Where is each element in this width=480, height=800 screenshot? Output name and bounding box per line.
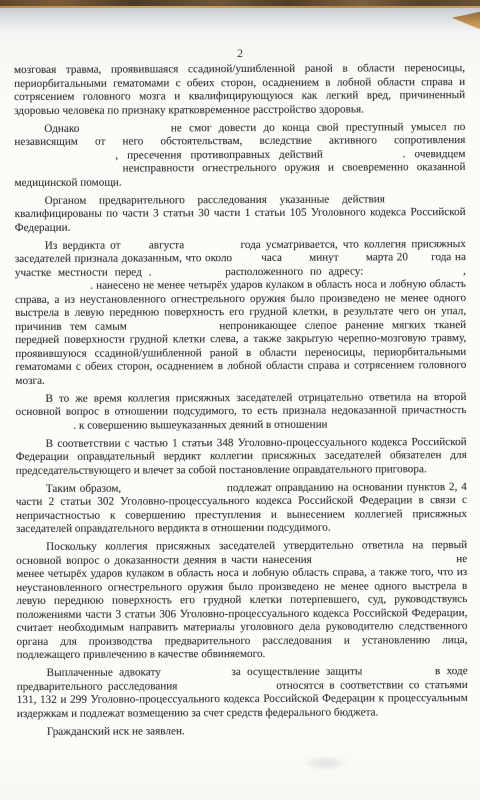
- redacted-gap: [330, 426, 442, 427]
- paragraph: Органом предварительного расследования у…: [15, 193, 466, 235]
- redacted-gap: [126, 247, 144, 248]
- text-segment: Выплаченные адвокату: [47, 666, 161, 678]
- document-text: мозговая травма, проявившаяся ссадиной/у…: [14, 62, 468, 743]
- redacted-gap: [183, 687, 271, 688]
- redacted-gap: [15, 288, 87, 289]
- scan-edge-shadow: [0, 8, 480, 32]
- redacted-gap: [317, 561, 452, 563]
- redacted-gap: [286, 260, 306, 261]
- redacted-gap: [412, 259, 428, 260]
- text-segment: Однако: [44, 122, 79, 134]
- redacted-gap: [14, 171, 114, 172]
- text-segment: Таким образом,: [46, 482, 121, 494]
- text-segment: неисправности огнестрельного оружия и св…: [14, 161, 465, 188]
- text-segment: Поскольку коллегия присяжных заседателей…: [16, 539, 467, 566]
- paragraph: Гражданский иск не заявлен.: [17, 724, 468, 739]
- scan-smudge: [293, 753, 357, 773]
- text-segment: августа: [149, 239, 184, 251]
- redacted-gap: [370, 273, 456, 274]
- paragraph: Однако не смог довести до конца свой пре…: [14, 121, 465, 190]
- text-segment: . к совершению вышеуказанных деяний в от…: [73, 418, 327, 431]
- redacted-gap: [125, 490, 223, 491]
- text-segment: Из вердикта от: [45, 239, 121, 251]
- text-segment: В то же время коллегия присяжных заседат…: [15, 391, 466, 418]
- paragraph: Выплаченные адвокату за осуществление за…: [17, 665, 468, 721]
- text-segment: расположенного по адресу:: [225, 265, 363, 278]
- text-segment: не менее четырёх ударов кулаком в област…: [16, 553, 467, 661]
- text-segment: за осуществление защиты: [231, 665, 362, 678]
- redacted-gap: [87, 130, 164, 131]
- paragraph: В то же время коллегия присяжных заседат…: [15, 391, 466, 433]
- redacted-gap: [342, 259, 362, 260]
- text-segment: Гражданский иск не заявлен.: [47, 725, 185, 738]
- redacted-gap: [398, 201, 466, 202]
- text-segment: мозговая травма, проявившаяся ссадиной/у…: [14, 62, 465, 116]
- paragraph: Поскольку коллегия присяжных заседателей…: [16, 539, 468, 662]
- redacted-gap: [135, 328, 211, 329]
- text-segment: В соответствии с частью 1 статьи 348 Уго…: [16, 436, 467, 477]
- redacted-gap: [332, 156, 394, 157]
- redacted-gap: [158, 274, 218, 275]
- redacted-gap: [16, 427, 71, 428]
- text-segment: , пресечения противоправных действий: [115, 148, 322, 161]
- text-segment: минут: [309, 252, 339, 264]
- paragraph: В соответствии с частью 1 статьи 348 Уго…: [16, 436, 467, 478]
- text-segment: не смог довести до конца свой преступный…: [14, 121, 465, 148]
- text-segment: . очевидцем: [403, 148, 466, 160]
- paragraph: Таким образом, подлежат оправданию на ос…: [16, 481, 467, 537]
- page-number: 2: [0, 46, 480, 61]
- text-segment: часа: [261, 252, 282, 264]
- redacted-gap: [14, 157, 106, 158]
- text-segment: квалифицированы по части 3 статьи 30 час…: [15, 206, 466, 233]
- redacted-gap: [369, 673, 429, 674]
- text-segment: марта 20: [366, 251, 408, 263]
- paragraph: Из вердикта от августа года усматриваетс…: [15, 238, 467, 388]
- text-segment: ,: [463, 265, 466, 277]
- paragraph: мозговая травма, проявившаяся ссадиной/у…: [14, 62, 465, 118]
- text-segment: Органом предварительного расследования у…: [45, 193, 385, 206]
- redacted-gap: [236, 260, 258, 261]
- redacted-gap: [167, 674, 225, 675]
- scanned-document-page: 2 мозговая травма, проявившаяся ссадиной…: [0, 0, 480, 800]
- redacted-gap: [189, 247, 235, 248]
